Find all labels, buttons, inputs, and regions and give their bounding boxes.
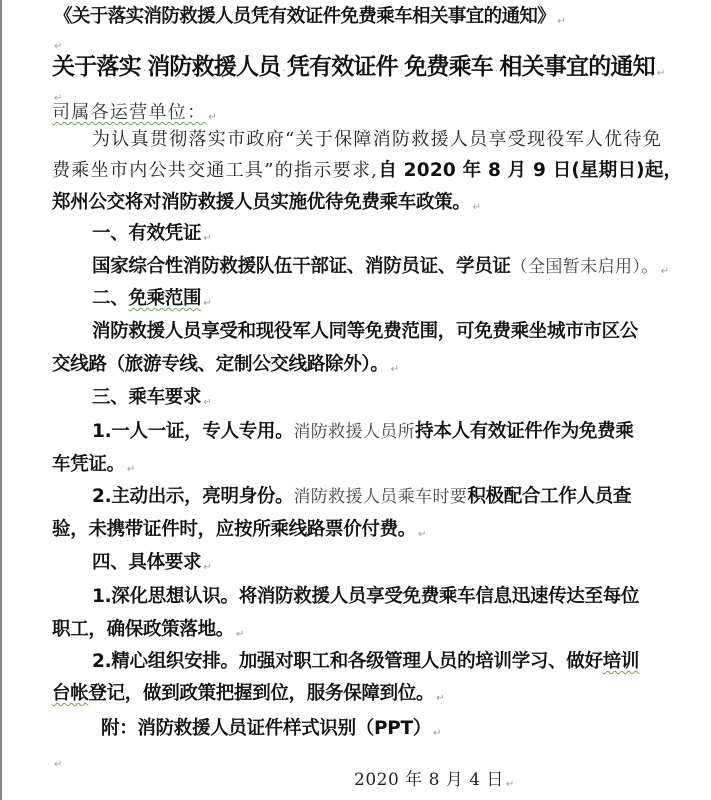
paragraph-mark-icon: ↵ [557, 16, 565, 27]
paragraph-mark-icon: ↵ [203, 233, 211, 244]
paragraph-mark-icon: ↵ [506, 779, 515, 790]
paragraph-mark-icon: ↵ [657, 68, 665, 79]
section-4-item-2-line-2: 台帐登记，做到政策把握到位，服务保障到位。↵ [52, 685, 444, 704]
paragraph-mark-icon: ↵ [473, 202, 481, 213]
recipient-line: 司属各运营单位：↵ [52, 104, 218, 123]
recipient-text: 司属各运营单位： [52, 102, 206, 123]
section-3-item-1-line-2: 车凭证。↵ [52, 456, 135, 475]
attachment-line: 附：消防救援人员证件样式识别（PPT）↵ [101, 720, 441, 739]
section-heading-3: 三、乘车要求↵ [92, 389, 211, 408]
paragraph-mark-icon: ↵ [203, 298, 211, 309]
section-3-item-1-line-1: 1.一人一证，专人专用。消防救援人员所持本人有效证件作为免费乘 [92, 423, 634, 442]
document-header-title: 《关于落实消防救援人员凭有效证件免费乘车相关事宜的通知》↵ [54, 8, 565, 27]
section-2-line-1: 消防救援人员享受和现役军人同等免费范围，可免费乘坐城市市区公 [92, 323, 638, 342]
empty-paragraph: ↵ [52, 752, 62, 770]
paragraph-mark-icon: ↵ [661, 266, 669, 277]
empty-paragraph: ↵ [52, 34, 62, 52]
intro-line-2: 费乘坐市内公共交通工具”的指示要求,自 2020 年 8 月 9 日(星期日)起… [52, 162, 682, 181]
section-4-item-2-line-1: 2.精心组织安排。加强对职工和各级管理人员的培训学习、做好培训 [92, 653, 639, 672]
paragraph-mark-icon: ↵ [54, 41, 62, 52]
paragraph-mark-icon: ↵ [418, 529, 426, 540]
section-3-item-2-line-2: 验，未携带证件时，应按所乘线路票价付费。↵ [52, 521, 426, 540]
page-left-border [0, 0, 2, 800]
intro-line-3: 郑州公交将对消防救援人员实施优待免费乘车政策。↵ [52, 194, 481, 213]
paragraph-mark-icon: ↵ [391, 364, 399, 375]
section-4-item-1-line-1: 1.深化思想认识。将消防救援人员享受免费乘车信息迅速传达至每位 [92, 588, 639, 607]
paragraph-mark-icon: ↵ [208, 112, 218, 123]
paragraph-mark-icon: ↵ [203, 397, 211, 408]
paragraph-mark-icon: ↵ [54, 759, 62, 770]
document-main-title: 关于落实·消防救援人员·凭有效证件·免费乘车·相关事宜的通知↵ [52, 56, 664, 79]
paragraph-mark-icon: ↵ [127, 464, 135, 475]
section-1-content: 国家综合性消防救援队伍干部证、消防员证、学员证（全国暂未启用）。↵ [92, 258, 669, 277]
intro-line-1: 为认真贯彻落实市政府“关于保障消防救援人员享受现役军人优待免 [92, 131, 662, 149]
section-3-item-2-line-1: 2.主动出示，亮明身份。消防救援人员乘车时要积极配合工作人员查 [92, 488, 631, 507]
section-heading-1: 一、有效凭证↵ [92, 225, 211, 244]
paragraph-mark-icon: ↵ [436, 693, 444, 704]
section-heading-2: 二、免乘范围↵ [92, 290, 211, 309]
section-heading-4: 四、具体要求↵ [92, 554, 211, 573]
paragraph-mark-icon: ↵ [236, 629, 244, 640]
section-4-item-1-line-2: 职工，确保政策落地。↵ [52, 621, 244, 640]
paragraph-mark-icon: ↵ [203, 562, 211, 573]
section-2-line-2: 交线路（旅游专线、定制公交线路除外）。↵ [52, 356, 399, 375]
document-date: 2020 年 8 月 4 日↵ [354, 772, 515, 790]
paragraph-mark-icon: ↵ [433, 728, 441, 739]
